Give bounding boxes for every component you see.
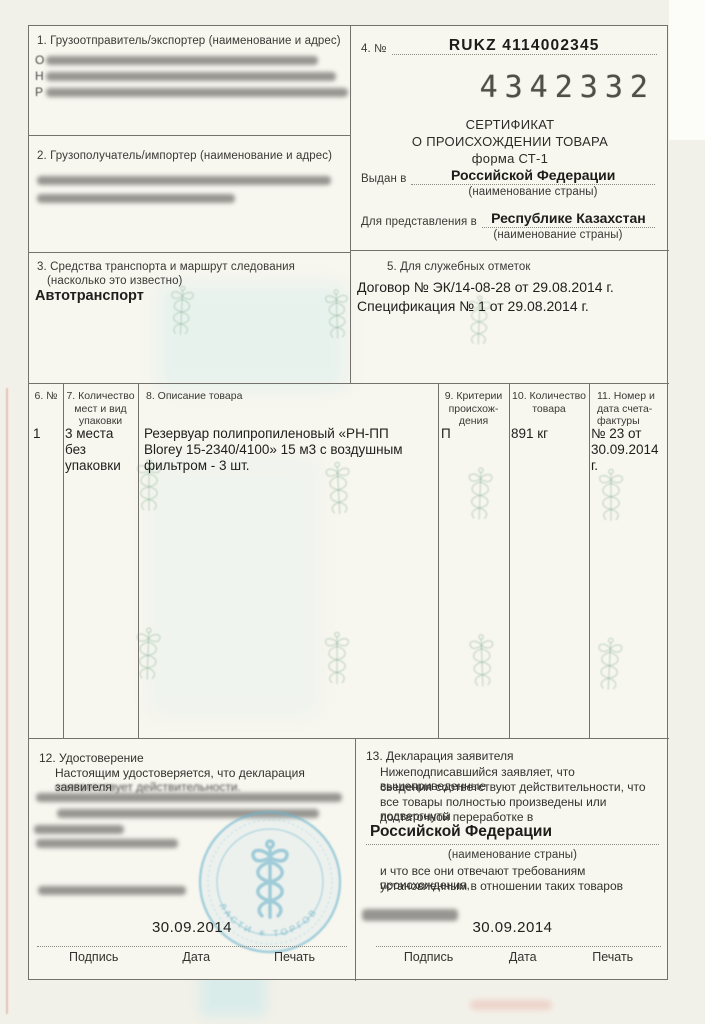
redacted-prefix: Р xyxy=(35,85,43,99)
cell-description: Резервуар полипропиленовый «РН-ПП Blorey… xyxy=(144,426,430,474)
box12-signature-line xyxy=(37,946,347,947)
box13-line4: достаточной переработке в xyxy=(380,810,533,824)
box3-label: 3. Средства транспорта и маршрут следова… xyxy=(37,261,295,273)
goods-table: 6. № 1 7. Количество мест и вид упаковки… xyxy=(29,383,669,739)
redacted-text xyxy=(46,56,318,65)
col-packages-header: 7. Количество мест и вид упаковки xyxy=(63,390,138,428)
col-origin-criteria-header: 9. Критерии происхож- дения xyxy=(438,390,509,428)
redacted-text xyxy=(36,793,342,802)
presented-to-row: Для представления в Республике Казахстан xyxy=(361,209,655,228)
certificate-document: 1. Грузоотправитель/экспортер (наименова… xyxy=(28,25,668,980)
col-invoice: 11. Номер и дата счета- фактуры № 23 от … xyxy=(589,384,669,738)
redacted-text xyxy=(36,839,178,848)
scan-pink-smudge xyxy=(470,1000,552,1010)
certificate-number: RUKZ 4114002345 xyxy=(449,37,600,54)
scan-pink-edge-line xyxy=(6,388,8,1014)
date-caption: Дата xyxy=(509,950,537,964)
title-line-3: форма СТ-1 xyxy=(351,150,669,167)
redacted-text xyxy=(46,88,348,97)
redacted-text xyxy=(46,72,336,81)
redacted-text xyxy=(57,809,319,818)
box1-label: 1. Грузоотправитель/экспортер (наименова… xyxy=(37,35,341,47)
box4-label: 4. № xyxy=(361,43,387,55)
cell-number: 1 xyxy=(33,426,41,442)
box12-certification: 12. Удостоверение Настоящим удостоверяет… xyxy=(29,739,356,981)
cell-packages: 3 места без упаковки xyxy=(65,426,136,474)
box12-label: 12. Удостоверение xyxy=(39,751,144,765)
issued-in-row: Выдан в Российской Федерации xyxy=(361,166,655,185)
certificate-title: СЕРТИФИКАТ О ПРОИСХОЖДЕНИИ ТОВАРА форма … xyxy=(351,116,669,167)
box13-signature-line xyxy=(376,946,661,947)
presented-label: Для представления в xyxy=(361,216,477,228)
certificate-number-row: 4. № RUKZ 4114002345 xyxy=(361,36,657,55)
redacted-text xyxy=(34,825,124,834)
box5-label: 5. Для служебных отметок xyxy=(387,261,530,273)
box4-certificate-header: 4. № RUKZ 4114002345 4342332 СЕРТИФИКАТ … xyxy=(351,26,669,251)
box12-signature-captions: Подпись Дата Печать xyxy=(37,950,347,964)
box13-date: 30.09.2014 xyxy=(356,919,669,936)
presented-caption: (наименование страны) xyxy=(461,229,655,241)
issued-label: Выдан в xyxy=(361,173,406,185)
box13-country-line xyxy=(366,837,659,845)
box3-sublabel: (насколько это известно) xyxy=(47,275,183,287)
box2-label: 2. Грузополучатель/импортер (наименовани… xyxy=(37,150,332,162)
redacted-text xyxy=(37,176,331,185)
scan-white-patch xyxy=(669,0,705,140)
redacted-prefix: О xyxy=(35,53,44,67)
col-description-header: 8. Описание товара xyxy=(146,390,438,403)
box13-line6: установленным в отношении таких товаров xyxy=(380,879,623,893)
title-line-1: СЕРТИФИКАТ xyxy=(351,116,669,133)
box13-line2: сведения соответствуют действительности,… xyxy=(380,780,646,794)
certificate-number-line: RUKZ 4114002345 xyxy=(392,36,657,55)
cell-quantity: 891 кг xyxy=(511,426,548,442)
issued-line: Российской Федерации xyxy=(411,166,655,185)
box5-contract-line: Договор № ЭК/14-08-28 от 29.08.2014 г. xyxy=(357,279,614,295)
col-number-header: 6. № xyxy=(29,390,63,403)
scanned-certificate-page: 1. Грузоотправитель/экспортер (наименова… xyxy=(0,0,705,1024)
col-quantity: 10. Количество товара 891 кг xyxy=(509,384,590,738)
title-line-2: О ПРОИСХОЖДЕНИИ ТОВАРА xyxy=(351,133,669,150)
col-packages: 7. Количество мест и вид упаковки 3 мест… xyxy=(63,384,139,738)
stamp-caption: Печать xyxy=(592,950,633,964)
date-caption: Дата xyxy=(182,950,210,964)
cell-invoice: № 23 от 30.09.2014 г. xyxy=(591,426,663,474)
box13-signature-captions: Подпись Дата Печать xyxy=(376,950,661,964)
redacted-text xyxy=(37,194,235,203)
col-description: 8. Описание товара Резервуар полипропиле… xyxy=(138,384,439,738)
issued-caption: (наименование страны) xyxy=(411,186,655,198)
stamp-caduceus-icon xyxy=(253,841,287,917)
box12-line2: соответствует действительности. xyxy=(55,780,241,794)
box13-declaration: 13. Декларация заявителя Нижеподписавший… xyxy=(356,739,669,981)
box3-value: Автотранспорт xyxy=(35,288,144,304)
box5-official-notes: 5. Для служебных отметок Договор № ЭК/14… xyxy=(351,251,669,383)
presented-country: Республике Казахстан xyxy=(491,210,646,226)
stamp-caption: Печать xyxy=(274,950,315,964)
redacted-text xyxy=(38,886,186,895)
box5-specification-line: Спецификация № 1 от 29.08.2014 г. xyxy=(357,298,589,314)
box12-date: 30.09.2014 xyxy=(29,919,355,936)
box13-label: 13. Декларация заявителя xyxy=(366,749,514,763)
presented-line: Республике Казахстан xyxy=(482,209,655,228)
col-quantity-header: 10. Количество товара xyxy=(509,390,589,415)
box3-transport: 3. Средства транспорта и маршрут следова… xyxy=(29,253,351,383)
issued-country: Российской Федерации xyxy=(451,167,615,183)
box2-consignee: 2. Грузополучатель/импортер (наименовани… xyxy=(29,136,351,253)
box13-caption: (наименование страны) xyxy=(356,849,669,861)
redacted-prefix: Н xyxy=(35,69,44,83)
signature-caption: Подпись xyxy=(404,950,453,964)
box1-consignor: 1. Грузоотправитель/экспортер (наименова… xyxy=(29,26,351,136)
cell-origin-criteria: П xyxy=(441,426,451,442)
blank-form-number: 4342332 xyxy=(480,70,655,105)
signature-caption: Подпись xyxy=(69,950,118,964)
col-number: 6. № 1 xyxy=(29,384,64,738)
col-origin-criteria: 9. Критерии происхож- дения П xyxy=(438,384,510,738)
col-invoice-header: 11. Номер и дата счета- фактуры xyxy=(597,390,669,428)
